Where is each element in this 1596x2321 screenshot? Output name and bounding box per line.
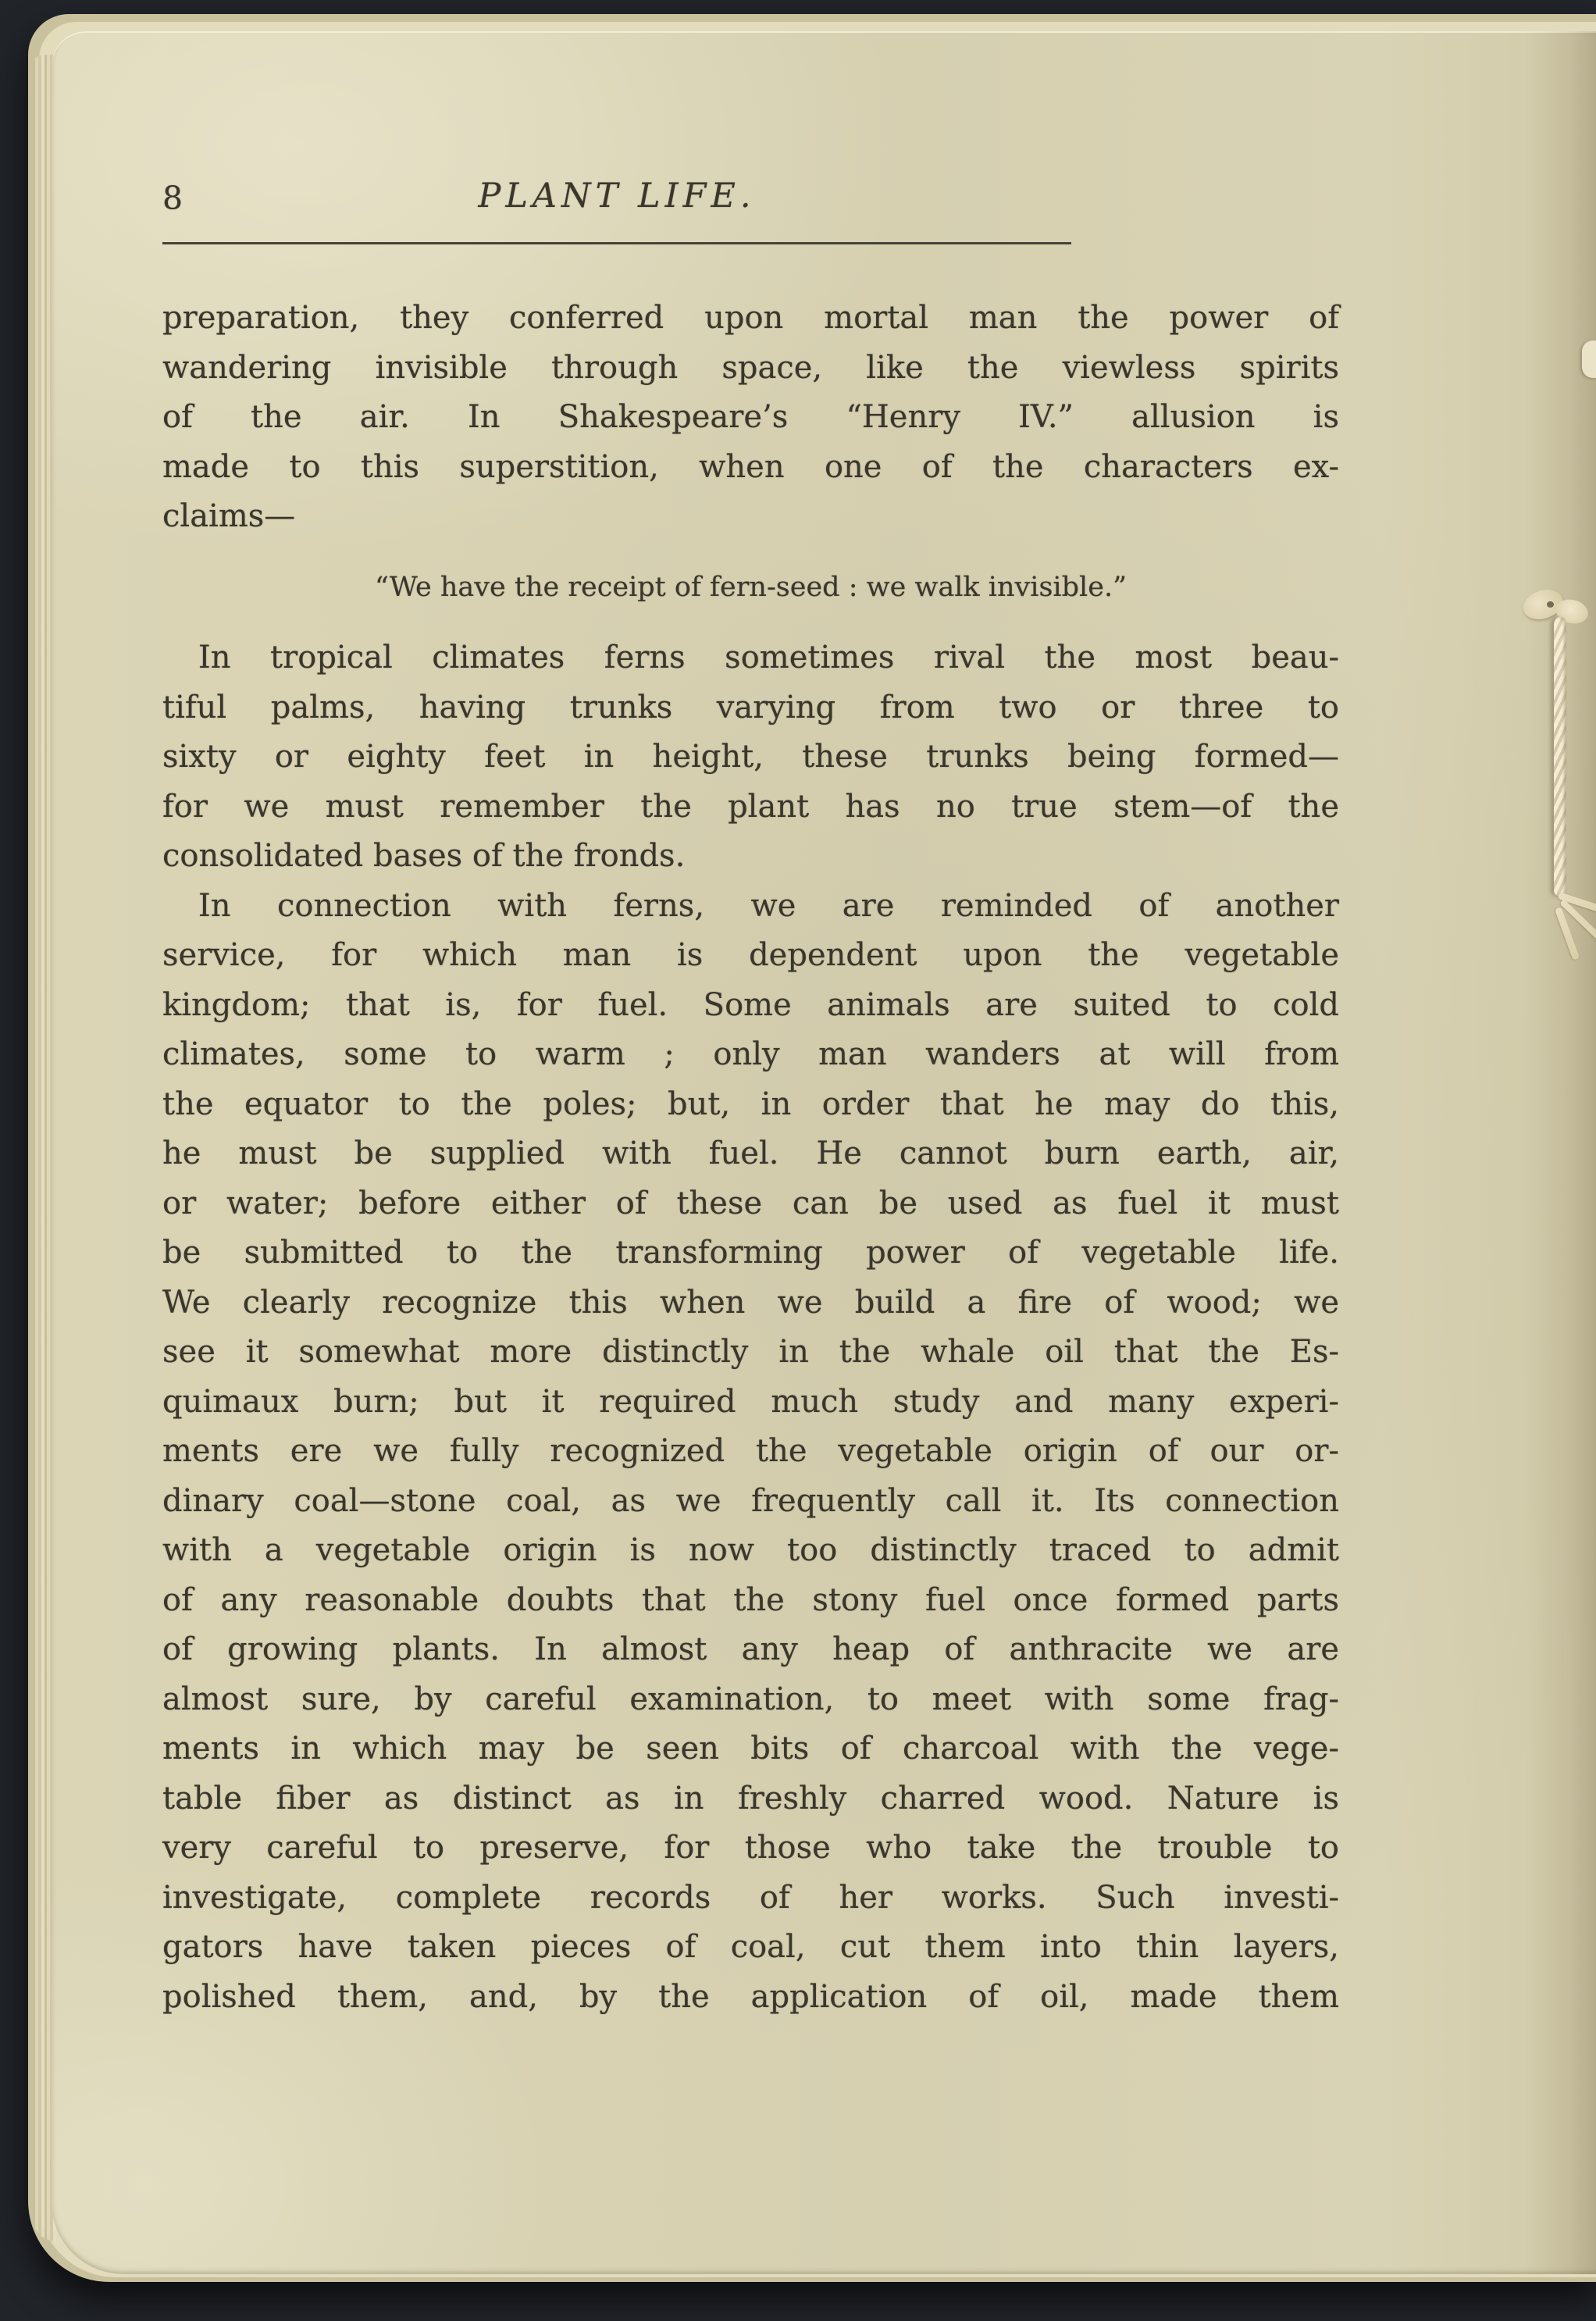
text-line: quimaux burn; but it required much study… xyxy=(162,1378,1339,1428)
page-body: preparation, they conferred upon mortal … xyxy=(162,294,1339,2022)
text-line: We clearly recognize this when we build … xyxy=(162,1278,1339,1328)
text-line: almost sure, by careful examination, to … xyxy=(162,1675,1339,1725)
text-line: ments ere we fully recognized the vegeta… xyxy=(162,1427,1339,1477)
binding-thread xyxy=(1554,617,1566,897)
text-line: sixty or eighty feet in height, these tr… xyxy=(162,733,1339,783)
text-line: or water; before either of these can be … xyxy=(162,1179,1339,1229)
text-line: climates, some to warm ; only man wander… xyxy=(162,1030,1339,1080)
text-line: claims— xyxy=(162,492,1339,542)
text-line: gators have taken pieces of coal, cut th… xyxy=(162,1923,1339,1973)
text-line: tiful palms, having trunks varying from … xyxy=(162,683,1339,733)
text-line: the equator to the poles; but, in order … xyxy=(162,1080,1339,1130)
text-line: consolidated bases of the fronds. xyxy=(162,832,1339,882)
text-line: of the air. In Shakespeare’s “Henry IV.”… xyxy=(162,393,1339,443)
paragraph: In tropical climates ferns sometimes riv… xyxy=(162,633,1339,882)
book-scan-background: 8 PLANT LIFE. preparation, they conferre… xyxy=(0,0,1596,2321)
text-line: kingdom; that is, for fuel. Some animals… xyxy=(162,981,1339,1031)
text-line: In tropical climates ferns sometimes riv… xyxy=(162,633,1339,683)
text-line: very careful to preserve, for those who … xyxy=(162,1824,1339,1874)
text-line: he must be supplied with fuel. He cannot… xyxy=(162,1129,1339,1179)
text-line: preparation, they conferred upon mortal … xyxy=(162,294,1339,344)
text-line: be submitted to the transforming power o… xyxy=(162,1228,1339,1278)
text-line: ments in which may be seen bits of charc… xyxy=(162,1724,1339,1774)
text-line: dinary coal—stone coal, as we frequently… xyxy=(162,1477,1339,1527)
text-line: table fiber as distinct as in freshly ch… xyxy=(162,1774,1339,1824)
text-line: see it somewhat more distinctly in the w… xyxy=(162,1328,1339,1378)
text-line: wandering invisible through space, like … xyxy=(162,344,1339,394)
running-header: PLANT LIFE. xyxy=(162,180,1071,213)
page-header: 8 PLANT LIFE. xyxy=(162,175,1071,244)
text-line: service, for which man is dependent upon… xyxy=(162,931,1339,981)
text-line: In connection with ferns, we are reminde… xyxy=(162,882,1339,932)
text-line: investigate, complete records of her wor… xyxy=(162,1874,1339,1923)
paragraph: In connection with ferns, we are reminde… xyxy=(162,882,1339,2023)
text-line: polished them, and, by the application o… xyxy=(162,1973,1339,2023)
stitch-hole xyxy=(1547,601,1554,608)
text-line: of growing plants. In almost any heap of… xyxy=(162,1625,1339,1675)
text-line: made to this superstition, when one of t… xyxy=(162,443,1339,493)
text-line: with a vegetable origin is now too disti… xyxy=(162,1526,1339,1576)
paragraph: preparation, they conferred upon mortal … xyxy=(162,294,1339,542)
quotation: “We have the receipt of fern-seed : we w… xyxy=(162,563,1339,613)
binding-thread-end xyxy=(1582,340,1596,378)
text-line: for we must remember the plant has no tr… xyxy=(162,783,1339,832)
text-line: of any reasonable doubts that the stony … xyxy=(162,1576,1339,1626)
